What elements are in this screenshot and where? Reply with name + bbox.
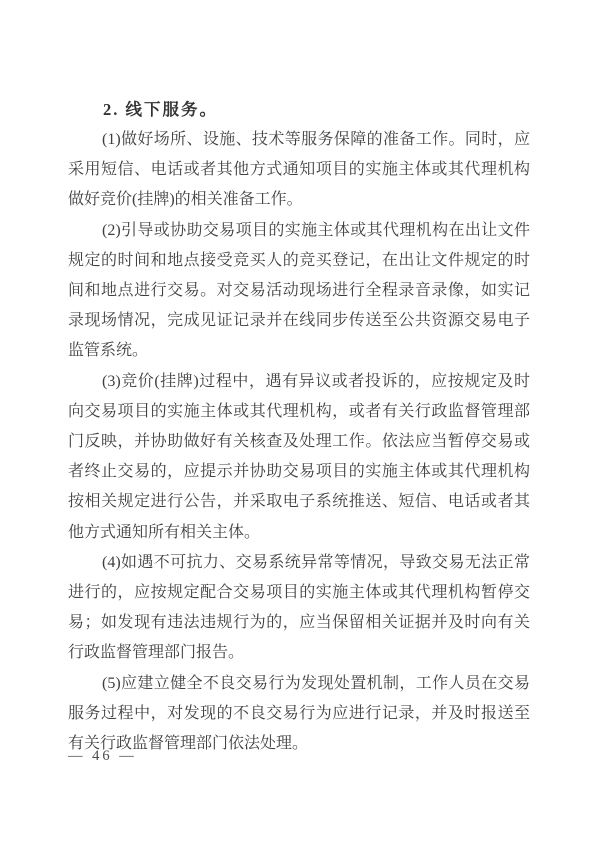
page-number: — 46 — xyxy=(68,748,137,765)
paragraph-5: (5)应建立健全不良交易行为发现处置机制，工作人员在交易服务过程中，对发现的不良… xyxy=(68,669,530,760)
paragraph-2: (2)引导或协助交易项目的实施主体或其代理机构在出让文件规定的时间和地点接受竞买… xyxy=(68,216,530,367)
paragraph-3: (3)竞价(挂牌)过程中，遇有异议或者投诉的，应按规定及时向交易项目的实施主体或… xyxy=(68,367,530,548)
document-page: 2. 线下服务。 (1)做好场所、设施、技术等服务保障的准备工作。同时，应采用短… xyxy=(0,0,594,843)
paragraph-1: (1)做好场所、设施、技术等服务保障的准备工作。同时，应采用短信、电话或者其他方… xyxy=(68,125,530,216)
paragraph-4: (4)如遇不可抗力、交易系统异常等情况，导致交易无法正常进行的，应按规定配合交易… xyxy=(68,548,530,669)
document-content: 2. 线下服务。 (1)做好场所、设施、技术等服务保障的准备工作。同时，应采用短… xyxy=(68,94,530,759)
section-heading: 2. 线下服务。 xyxy=(68,94,530,125)
